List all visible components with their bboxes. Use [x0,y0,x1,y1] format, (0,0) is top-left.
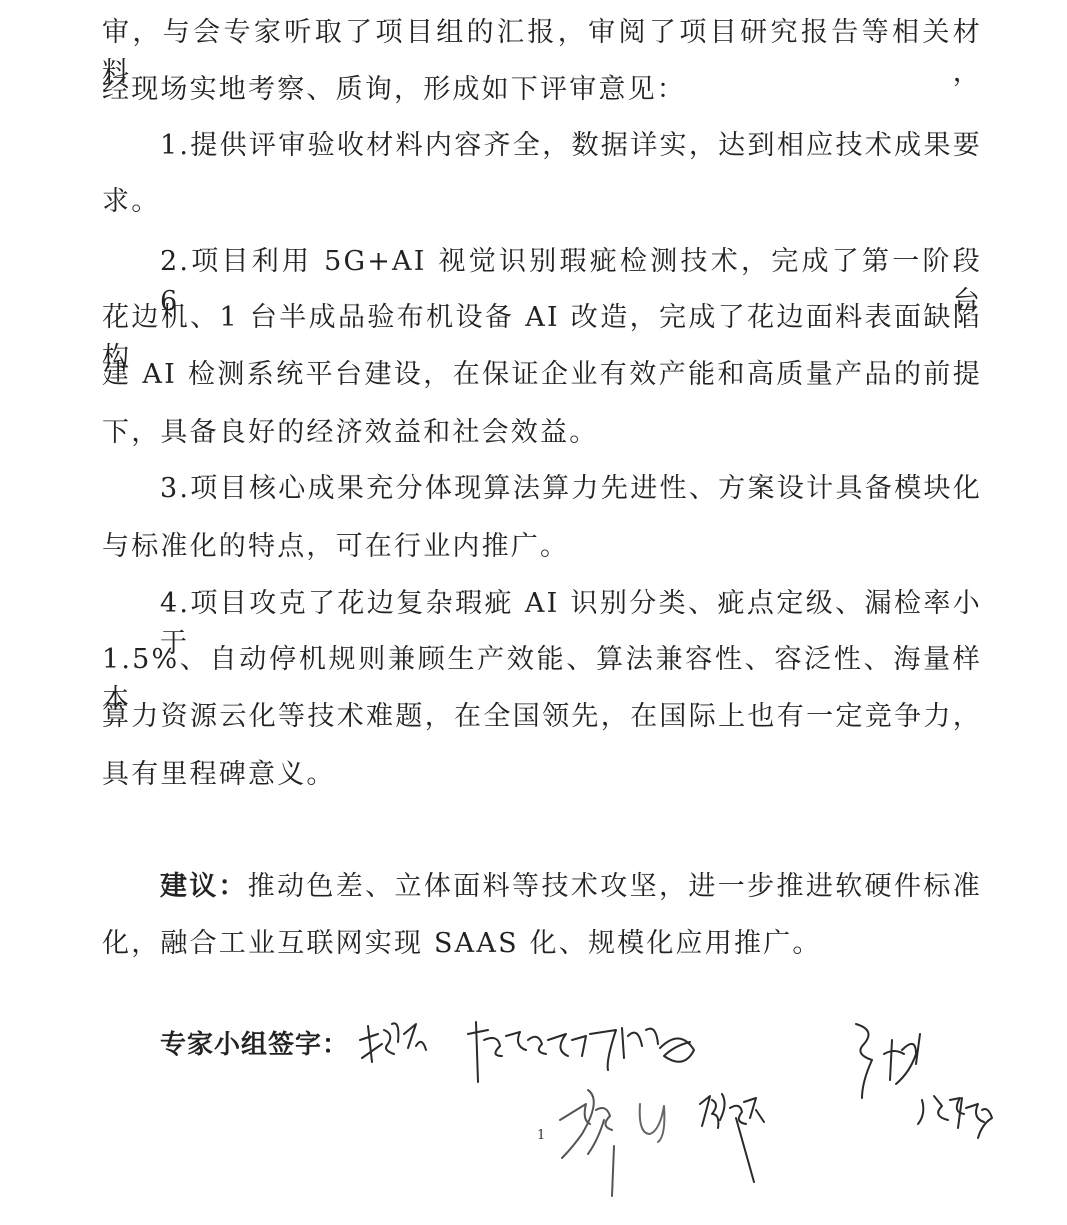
handwritten-signatures [0,0,1067,1225]
page-number: 1 [537,1128,545,1143]
